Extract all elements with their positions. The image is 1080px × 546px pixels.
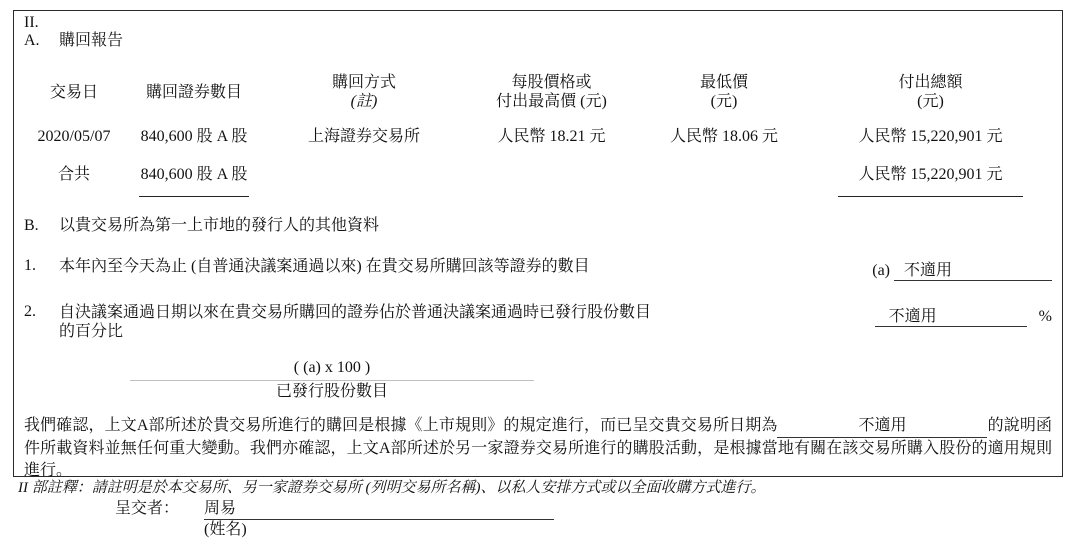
item-2-answer-zone: 不適用 % <box>875 303 1052 341</box>
repurchase-report-page: II. A. 購回報告 交易日 購回證券數目 購回方式 (註) 每股價格或 付出… <box>0 0 1080 546</box>
item-1: 1. 本年內至今天為止 (自普通決議案通過以來) 在貴交易所購回該等證券的數目 … <box>24 257 1052 281</box>
table-total-row: 合共 840,600 股 A 股 人民幣 15,220,901 元 <box>24 166 1052 197</box>
col-header-low: 最低價 (元) <box>639 72 809 112</box>
item-1-answer-prefix: (a) <box>872 262 890 279</box>
col-header-method-line2: (註) <box>351 92 378 111</box>
total-row-empty-price <box>464 166 639 197</box>
cell-total: 人民幣 15,220,901 元 <box>809 128 1052 146</box>
col-header-trade-date-text: 交易日 <box>50 83 98 102</box>
col-header-trade-date: 交易日 <box>24 72 124 112</box>
section-a-title: 購回報告 <box>59 32 123 50</box>
section-b-label: B. <box>24 217 59 235</box>
total-row-total-cell: 人民幣 15,220,901 元 <box>809 166 1052 197</box>
col-header-price-line2: 付出最高價 (元) <box>496 92 607 111</box>
item-1-text: 本年內至今天為止 (自普通決議案通過以來) 在貴交易所購回該等證券的數目 <box>59 257 872 281</box>
submitted-by-name: 周易 <box>204 499 554 520</box>
item-1-answer-zone: (a) 不適用 <box>872 257 1052 281</box>
col-header-price: 每股價格或 付出最高價 (元) <box>464 72 639 112</box>
cell-method: 上海證券交易所 <box>264 128 464 146</box>
item-2-percent-sign: % <box>1039 308 1052 325</box>
col-header-total-line2: (元) <box>917 92 944 111</box>
confirmation-paragraph: 我們確認，上文A部所述於貴交易所進行的購回是根據《上市規則》的規定進行，而已呈交… <box>24 415 1052 482</box>
col-header-total: 付出總額 (元) <box>809 72 1052 112</box>
section-ii-label: II. <box>24 14 1052 32</box>
col-header-price-line1: 每股價格或 <box>511 73 591 92</box>
cell-price: 人民幣 18.21 元 <box>464 128 639 146</box>
item-2-text: 自決議案通過日期以來在貴交易所購回的證券佔於普通決議案通過時已發行股份數目的百分… <box>59 303 659 341</box>
percentage-formula: ( (a) x 100 ) 已發行股份數目 <box>130 359 534 401</box>
table-header-row: 交易日 購回證券數目 購回方式 (註) 每股價格或 付出最高價 (元) 最低價 … <box>24 72 1052 112</box>
cell-trade-date: 2020/05/07 <box>24 128 124 146</box>
cell-qty: 840,600 股 A 股 <box>124 128 264 146</box>
total-row-qty-cell: 840,600 股 A 股 <box>124 166 264 197</box>
item-2-number: 2. <box>24 303 59 341</box>
total-row-empty-low <box>639 166 809 197</box>
col-header-method: 購回方式 (註) <box>264 72 464 112</box>
submitted-by-label: 呈交者： <box>115 499 179 518</box>
confirmation-date-blank: 不適用 <box>777 415 987 438</box>
item-2-spacer <box>659 303 875 341</box>
total-row-qty: 840,600 股 A 股 <box>139 166 250 197</box>
formula-denominator: 已發行股份數目 <box>130 381 534 401</box>
formula-numerator: ( (a) x 100 ) <box>130 359 534 381</box>
submitted-by-block: 周易 (姓名) <box>204 499 554 539</box>
item-2-answer-blank: 不適用 <box>875 303 1027 327</box>
col-header-low-line2: (元) <box>711 92 738 111</box>
col-header-total-line1: 付出總額 <box>898 73 962 92</box>
report-border-box: II. A. 購回報告 交易日 購回證券數目 購回方式 (註) 每股價格或 付出… <box>13 10 1063 477</box>
total-row-total: 人民幣 15,220,901 元 <box>838 166 1022 197</box>
item-1-number: 1. <box>24 257 59 281</box>
item-1-answer-blank: 不適用 <box>894 257 1052 281</box>
section-a-heading: A. 購回報告 <box>24 32 1052 50</box>
col-header-method-line1: 購回方式 <box>332 73 396 92</box>
section-b-heading: B. 以貴交易所為第一上市地的發行人的其他資料 <box>24 217 1052 235</box>
col-header-qty: 購回證券數目 <box>124 72 264 112</box>
section-a-label: A. <box>24 32 59 50</box>
item-2: 2. 自決議案通過日期以來在貴交易所購回的證券佔於普通決議案通過時已發行股份數目… <box>24 303 1052 341</box>
part-ii-footnote: II 部註釋：請註明是於本交易所、另一家證券交易所 (列明交易所名稱)、以私人安… <box>18 480 1063 497</box>
submitted-by-row: 呈交者： 周易 (姓名) <box>115 499 554 539</box>
total-row-label: 合共 <box>24 166 124 197</box>
cell-low: 人民幣 18.06 元 <box>639 128 809 146</box>
section-b-title: 以貴交易所為第一上市地的發行人的其他資料 <box>59 217 379 235</box>
table-row: 2020/05/07 840,600 股 A 股 上海證券交易所 人民幣 18.… <box>24 128 1052 146</box>
submitted-by-caption: (姓名) <box>204 519 247 538</box>
col-header-qty-text: 購回證券數目 <box>146 83 242 102</box>
col-header-low-line1: 最低價 <box>700 73 748 92</box>
confirmation-part1: 我們確認，上文A部所述於貴交易所進行的購回是根據《上市規則》的規定進行，而已呈交… <box>24 417 777 434</box>
total-row-empty-method <box>264 166 464 197</box>
